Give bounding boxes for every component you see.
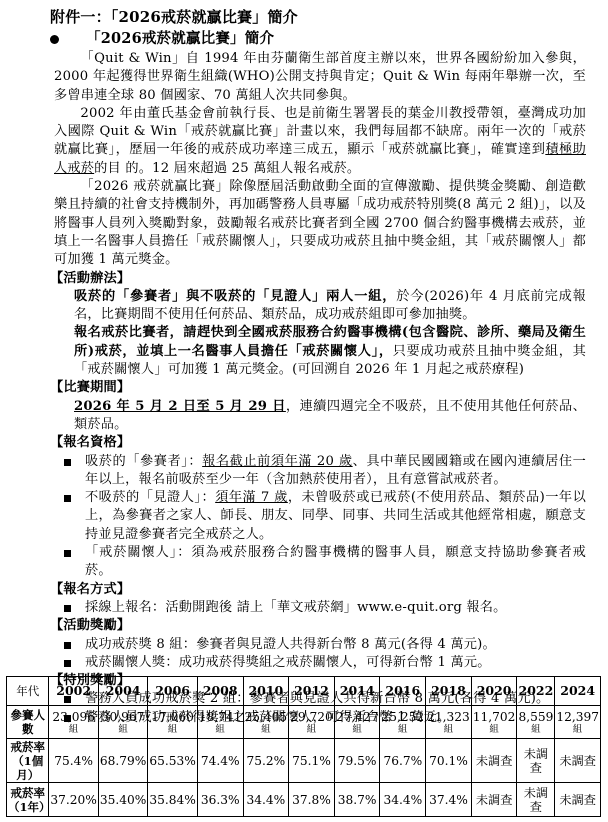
table-header-cell: 2008 (197, 677, 243, 706)
square-bullet-icon (64, 660, 71, 667)
table-cell: 35.84% (148, 783, 197, 817)
table-cell: 75.2% (243, 739, 289, 783)
text: 須年滿 7 歲 (215, 490, 288, 505)
text: 「戒菸關懷人」： (85, 545, 191, 560)
table-cell: 68.79% (98, 739, 147, 783)
text: 採線上報名：活動開跑後 請上「華文戒菸網」www.e-quit.org 報名。 (85, 599, 586, 617)
table-header-cell: 2012 (289, 677, 335, 706)
table-header-cell: 2014 (334, 677, 380, 706)
text: 8,559 (518, 710, 553, 724)
table-cell: 未調查 (517, 739, 555, 783)
text: 25,252 (381, 710, 424, 724)
table-cell: 34.4% (243, 783, 289, 817)
text: 成功戒菸獎 8 組：參賽者與見證人共得新台幣 8 萬元(各得 4 萬元)。 (85, 636, 586, 654)
text: 的目 的。12 屆來超過 25 萬組人報名戒菸。 (94, 161, 360, 176)
text: 不吸菸的「見證人」： (85, 490, 215, 505)
text: 25,405 (245, 710, 288, 724)
square-bullet-icon (64, 459, 71, 466)
reward-item: 成功戒菸獎 8 組：參賽者與見證人共得新台幣 8 萬元(各得 4 萬元)。 (54, 636, 586, 654)
table-header-cell: 2006 (148, 677, 197, 706)
rewards-heading: 【活動獎勵】 (50, 617, 586, 635)
table-header-cell: 2002 (49, 677, 98, 706)
bullet-dot-icon (50, 35, 59, 44)
text: 30,967 (102, 710, 145, 724)
text: 23,096 (52, 710, 95, 724)
intro-paragraph-3: 「2026 戒菸就贏比賽」除像歷屆活動啟動全面的宣傳激勵、提供獎金獎勵、創造歡樂… (54, 178, 586, 269)
table-cell: 未調查 (517, 783, 555, 817)
text: 吸菸的「參賽者」： (85, 454, 202, 469)
table-row: 戒菸率（1個月） 75.4%68.79%65.53%74.4%75.2%75.1… (7, 739, 601, 783)
row-label-participants: 參賽人數 (7, 706, 49, 739)
activity-method-line-2: 報名戒菸比賽者，請趕快到全國戒菸服務合約醫事機構(包含醫院、診所、藥局及衛生所)… (54, 324, 586, 379)
text: 組 (50, 724, 96, 735)
text: 組 (290, 724, 333, 735)
table-cell: 38.7% (334, 783, 380, 817)
square-bullet-icon (64, 495, 71, 502)
table-row: 參賽人數 23,096組 30,967組 17,060組 18,741組 25,… (7, 706, 601, 739)
text: 21,323 (427, 710, 470, 724)
table-header-row: 年代 2002200420062008201020122014201620182… (7, 677, 601, 706)
registration-item: 採線上報名：活動開跑後 請上「華文戒菸網」www.e-quit.org 報名。 (54, 599, 586, 617)
eligibility-item: 「戒菸關懷人」：須為戒菸服務合約醫事機構的醫事人員，願意支持協助參賽者戒菸。 (54, 544, 586, 581)
document-body: 附件一：「2026戒菸就贏比賽」簡介 「2026戒菸就贏比賽」簡介 「Quit … (54, 6, 586, 727)
table-cell: 34.4% (380, 783, 426, 817)
registration-heading: 【報名方式】 (50, 581, 586, 599)
table-cell: 未調查 (471, 783, 517, 817)
section-heading-text: 「2026戒菸就贏比賽」簡介 (86, 28, 274, 50)
text: 組 (427, 724, 470, 735)
table-cell: 65.53% (148, 739, 197, 783)
table-header-cell: 2010 (243, 677, 289, 706)
text: 組 (149, 724, 195, 735)
table-cell: 76.7% (380, 739, 426, 783)
text: 組 (245, 724, 288, 735)
row-label-year: 年代 (7, 677, 49, 706)
text: 組 (556, 724, 599, 735)
table-cell: 37.20% (49, 783, 98, 817)
text: 12,397 (556, 710, 599, 724)
table-cell: 36.3% (197, 783, 243, 817)
text: 組 (100, 724, 146, 735)
text: 27,427 (336, 710, 379, 724)
table-cell: 75.4% (49, 739, 98, 783)
text: 組 (518, 724, 553, 735)
section-heading: 「2026戒菸就贏比賽」簡介 (50, 28, 586, 50)
text: 組 (199, 724, 242, 735)
reward-item: 戒菸關懷人獎：成功戒菸得獎組之戒菸關懷人，可得新台幣 1 萬元。 (54, 654, 586, 672)
text: 報名截止前須年滿 20 歲 (202, 454, 352, 469)
table-row: 戒菸率（1年） 37.20%35.40%35.84%36.3%34.4%37.8… (7, 783, 601, 817)
table-cell: 未調查 (471, 739, 517, 783)
text: 18,741 (199, 710, 242, 724)
text: 組 (336, 724, 379, 735)
table-cell: 37.8% (289, 783, 335, 817)
table-cell: 75.1% (289, 739, 335, 783)
period-heading: 【比賽期間】 (50, 379, 586, 397)
text: 吸菸的「參賽者」與不吸菸的「見證人」兩人一組， (74, 289, 396, 304)
table-header-cell: 2004 (98, 677, 147, 706)
table-header-cell: 2024 (555, 677, 601, 706)
text: 29,720 (290, 710, 333, 724)
row-label-rate-1-month: 戒菸率（1個月） (7, 739, 49, 783)
row-label-rate-1-year: 戒菸率（1年） (7, 783, 49, 817)
square-bullet-icon (64, 550, 71, 557)
eligibility-heading: 【報名資格】 (50, 434, 586, 452)
table-header-cell: 2020 (471, 677, 517, 706)
period-text: 2026 年 5 月 2 日至 5 月 29 日，連續四週完全不吸菸，且不使用其… (54, 398, 586, 435)
intro-paragraph-1: 「Quit & Win」自 1994 年由芬蘭衛生部首度主辦以來，世界各國紛紛加… (54, 50, 586, 105)
table-cell: 37.4% (426, 783, 472, 817)
square-bullet-icon (64, 642, 71, 649)
intro-paragraph-2: 2002 年由董氏基金會前執行長、也是前衛生署署長的葉金川教授帶領，臺灣成功加入… (54, 105, 586, 178)
page-title: 附件一：「2026戒菸就贏比賽」簡介 (50, 6, 586, 28)
text: 組 (381, 724, 424, 735)
activity-method-heading: 【活動辦法】 (50, 270, 586, 288)
square-bullet-icon (64, 605, 71, 612)
text: 戒菸關懷人獎：成功戒菸得獎組之戒菸關懷人，可得新台幣 1 萬元。 (85, 654, 586, 672)
table-header-cell: 2022 (517, 677, 555, 706)
text: 組 (473, 724, 516, 735)
text: 2002 年由董氏基金會前執行長、也是前衛生署署長的葉金川教授帶領，臺灣成功加入… (54, 106, 586, 158)
eligibility-item: 吸菸的「參賽者」：報名截止前須年滿 20 歲、具中華民國國籍或在國內連續居住一年… (54, 453, 586, 490)
table-header-cell: 2016 (380, 677, 426, 706)
table-cell: 70.1% (426, 739, 472, 783)
table-cell: 79.5% (334, 739, 380, 783)
table-cell: 未調查 (555, 739, 601, 783)
text: 17,060 (151, 710, 194, 724)
period-dates: 2026 年 5 月 2 日至 5 月 29 日 (74, 399, 286, 414)
activity-method-line-1: 吸菸的「參賽者」與不吸菸的「見證人」兩人一組，於今(2026)年 4 月底前完成… (54, 288, 586, 325)
table-cell: 35.40% (98, 783, 147, 817)
eligibility-item: 不吸菸的「見證人」：須年滿 7 歲，未曾吸菸或已戒菸(不使用菸品、類菸品)一年以… (54, 489, 586, 544)
table-header-cell: 2018 (426, 677, 472, 706)
text: 11,702 (473, 710, 516, 724)
table-cell: 未調查 (555, 783, 601, 817)
table-cell: 74.4% (197, 739, 243, 783)
history-table: 年代 2002200420062008201020122014201620182… (6, 676, 601, 817)
